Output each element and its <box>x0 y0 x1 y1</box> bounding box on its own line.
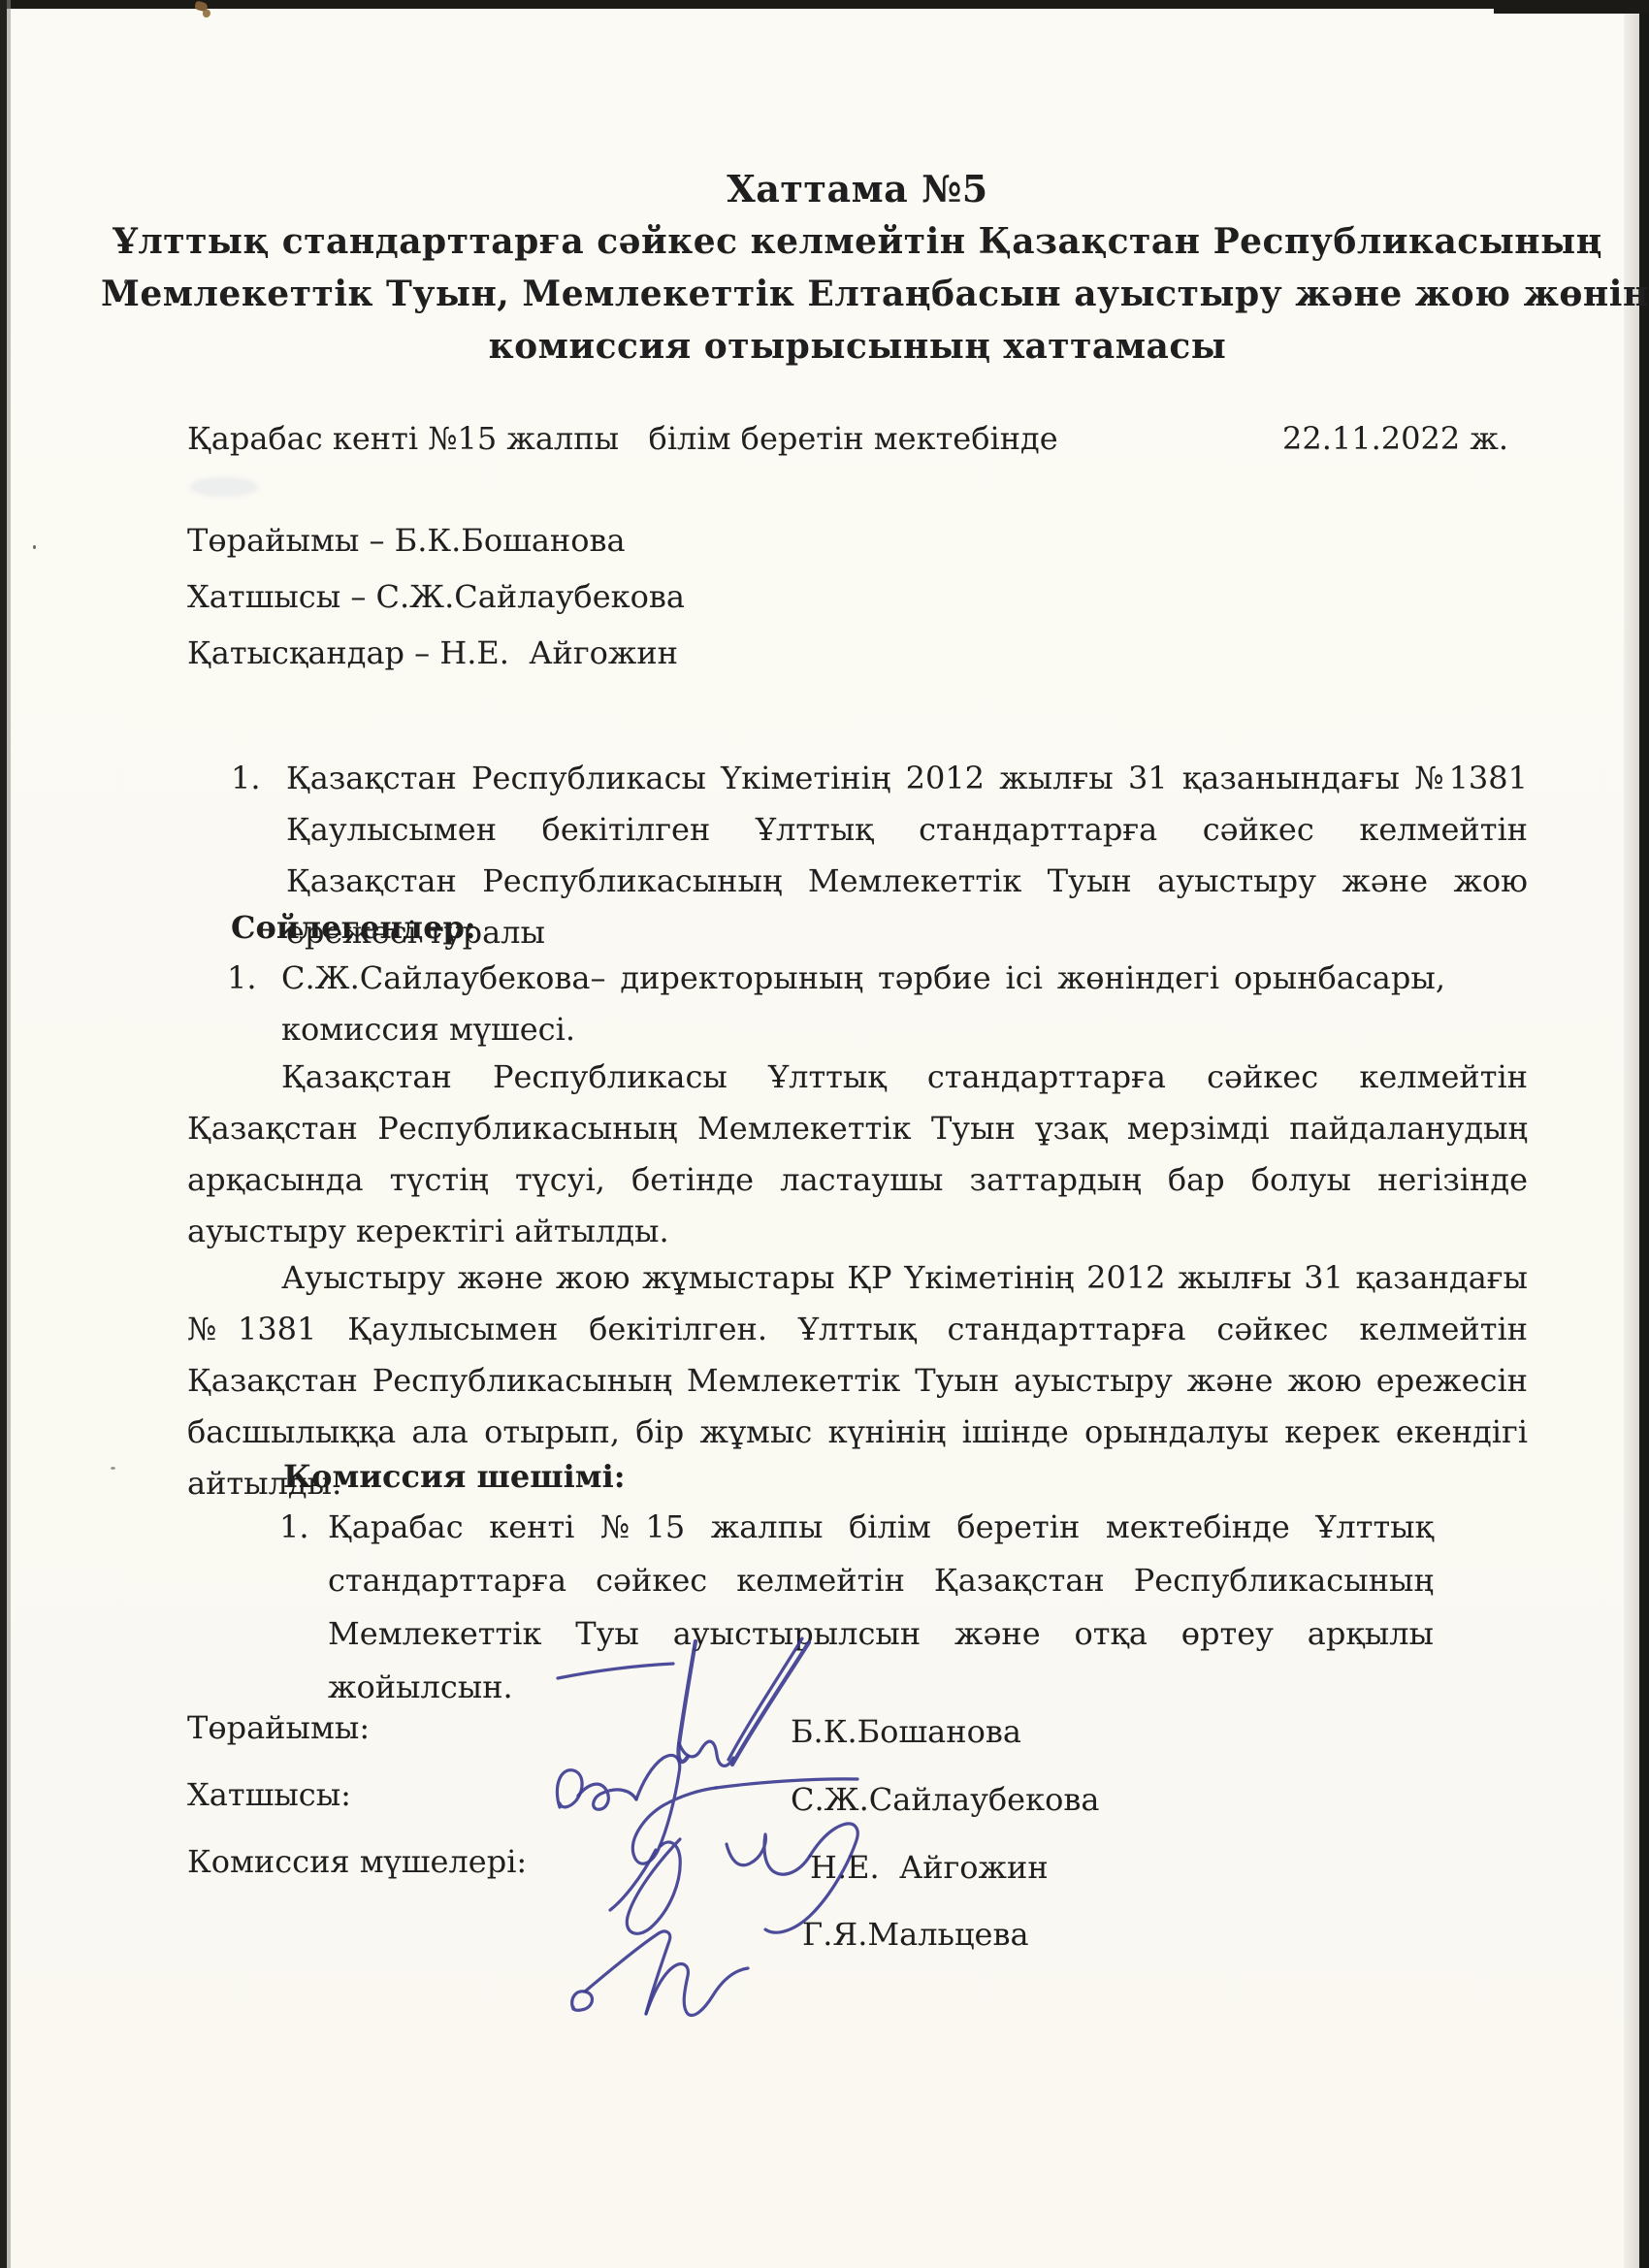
signature-label-chair: Төрайымы: <box>187 1702 370 1754</box>
scanned-document-page: Хаттама №5 Ұлттық стандарттарға сәйкес к… <box>0 0 1649 2268</box>
staple-rust-mark <box>202 9 210 17</box>
title-line-3: Мемлекеттік Туын, Мемлекеттік Елтаңбасын… <box>101 268 1614 320</box>
ink-smudge <box>190 477 258 497</box>
title-line-1: Хаттама №5 <box>101 163 1614 215</box>
decision-heading: Комиссия шешімі: <box>283 1451 626 1503</box>
speech-paragraph-1: Қазақстан Республикасы Ұлттық стандартта… <box>187 1052 1528 1257</box>
title-line-2: Ұлттық стандарттарға сәйкес келмейтін Қа… <box>101 215 1614 268</box>
scan-top-corner-border <box>1494 0 1649 14</box>
document-title: Хаттама №5 Ұлттық стандарттарға сәйкес к… <box>101 163 1614 373</box>
speaker-item-1-text: С.Ж.Сайлаубекова– директорының тәрбие іс… <box>281 959 1445 1048</box>
participant-chair: Төрайымы – Б.К.Бошанова <box>187 515 626 567</box>
speaker-item-1: 1. С.Ж.Сайлаубекова– директорының тәрбие… <box>281 953 1445 1055</box>
signature-scribble-secretary <box>557 1755 857 1910</box>
handwritten-signatures <box>524 1601 931 2027</box>
speakers-heading: Сөйлегендер: <box>231 902 476 954</box>
signature-label-members: Комиссия мүшелері: <box>187 1836 527 1888</box>
scan-right-border <box>1639 0 1649 2268</box>
dust-speck <box>33 545 36 549</box>
scan-left-border <box>0 0 7 2268</box>
meeting-place: Қарабас кенті №15 жалпы білім беретін ме… <box>187 413 1058 465</box>
scan-top-border <box>0 0 1649 9</box>
scan-left-border-shadow <box>7 0 11 2268</box>
participant-secretary: Хатшысы – С.Ж.Сайлаубекова <box>187 571 685 623</box>
signature-label-secretary: Хатшысы: <box>187 1769 351 1821</box>
scan-right-paper-shadow <box>1624 0 1639 2268</box>
dust-speck <box>111 1467 115 1470</box>
title-line-4: комиссия отырысының хаттамасы <box>101 320 1614 373</box>
meeting-date: 22.11.2022 ж. <box>1282 413 1508 465</box>
decision-item-1-number: 1. <box>279 1501 309 1554</box>
speaker-item-1-number: 1. <box>227 953 257 1004</box>
signature-scribble-chair <box>558 1638 809 1766</box>
agenda-item-1-number: 1. <box>231 753 261 804</box>
participant-attendee: Қатысқандар – Н.Е. Айгожин <box>187 628 678 679</box>
signature-scribble-member-2 <box>572 1931 748 2015</box>
